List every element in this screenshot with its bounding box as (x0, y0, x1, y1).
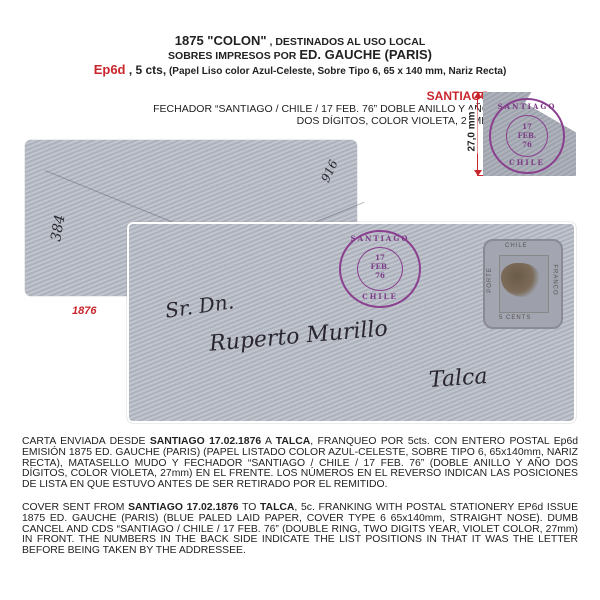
title-line-2: SOBRES IMPRESOS POR ED. GAUCHE (PARIS) (0, 47, 600, 62)
stamp-country: CHILE (505, 243, 528, 249)
cover-year-label: 1876 (72, 305, 96, 317)
pencil-number-right: 916 (318, 158, 340, 185)
cover-front-image: Sr. Dn. Ruperto Murillo Talca SANTIAGO 1… (127, 222, 576, 423)
cancel-month: FEB. (491, 131, 563, 140)
dimension-label: 27,0 mm (467, 109, 478, 153)
postmark-description: FECHADOR “SANTIAGO / CHILE / 17 FEB. 76”… (150, 103, 490, 127)
stamp-value: 5 CENTS (499, 315, 531, 321)
title-line-1: 1875 "COLON" , DESTINADOS AL USO LOCAL (0, 33, 600, 48)
description-spanish: CARTA ENVIADA DESDE SANTIAGO 17.02.1876 … (22, 437, 578, 491)
desc-origin: SANTIAGO 17.02.1876 (128, 502, 239, 513)
stamp-right-text: FRANCO (552, 264, 558, 295)
desc-text: CARTA ENVIADA DESDE (22, 436, 150, 447)
postmark-detail-image: SANTIAGO 17 FEB. 76 CHILE (483, 92, 576, 176)
cancel-country: CHILE (491, 158, 563, 167)
arrow-up-icon (474, 92, 482, 98)
desc-text: A (261, 436, 276, 447)
cancel-city: SANTIAGO (491, 102, 563, 111)
arrow-down-icon (474, 170, 482, 176)
address-salutation: Sr. Dn. (164, 289, 236, 322)
desc-destination: TALCA (260, 502, 294, 513)
stamp-left-text: PORTE (487, 267, 493, 293)
face-value: , 5 cts, (126, 63, 167, 77)
printer-prefix: SOBRES IMPRESOS POR (168, 50, 299, 62)
desc-text: TO (239, 502, 260, 513)
desc-destination: TALCA (276, 436, 310, 447)
desc-text: COVER SENT FROM (22, 502, 128, 513)
address-city: Talca (428, 364, 488, 393)
postmark-detail-cancel: SANTIAGO 17 FEB. 76 CHILE (489, 98, 565, 174)
cancel-country: CHILE (341, 292, 419, 301)
cancel-day: 17 (491, 122, 563, 131)
paper-description: (Papel Liso color Azul-Celeste, Sobre Ti… (166, 66, 506, 77)
title-main: 1875 "COLON" (175, 33, 267, 48)
santiago-cancel: SANTIAGO 17 FEB. 76 CHILE (339, 230, 421, 308)
printer-name: ED. GAUCHE (PARIS) (299, 47, 432, 62)
catalog-code: Ep6d (94, 62, 126, 77)
cancel-year: 76 (491, 140, 563, 149)
address-name: Ruperto Murillo (208, 316, 388, 357)
cancel-day: 17 (341, 253, 419, 262)
cancel-city: SANTIAGO (341, 234, 419, 243)
title-line-3: Ep6d , 5 cts, (Papel Liso color Azul-Cel… (0, 62, 600, 77)
pencil-number-left: 384 (48, 213, 68, 242)
description-english: COVER SENT FROM SANTIAGO 17.02.1876 TO T… (22, 503, 578, 557)
printed-stamp: CHILE PORTE FRANCO 5 CENTS (483, 239, 563, 329)
desc-origin: SANTIAGO 17.02.1876 (150, 436, 261, 447)
dumb-cancel (501, 263, 541, 297)
cancel-month: FEB. (341, 262, 419, 271)
cancel-year: 76 (341, 271, 419, 280)
